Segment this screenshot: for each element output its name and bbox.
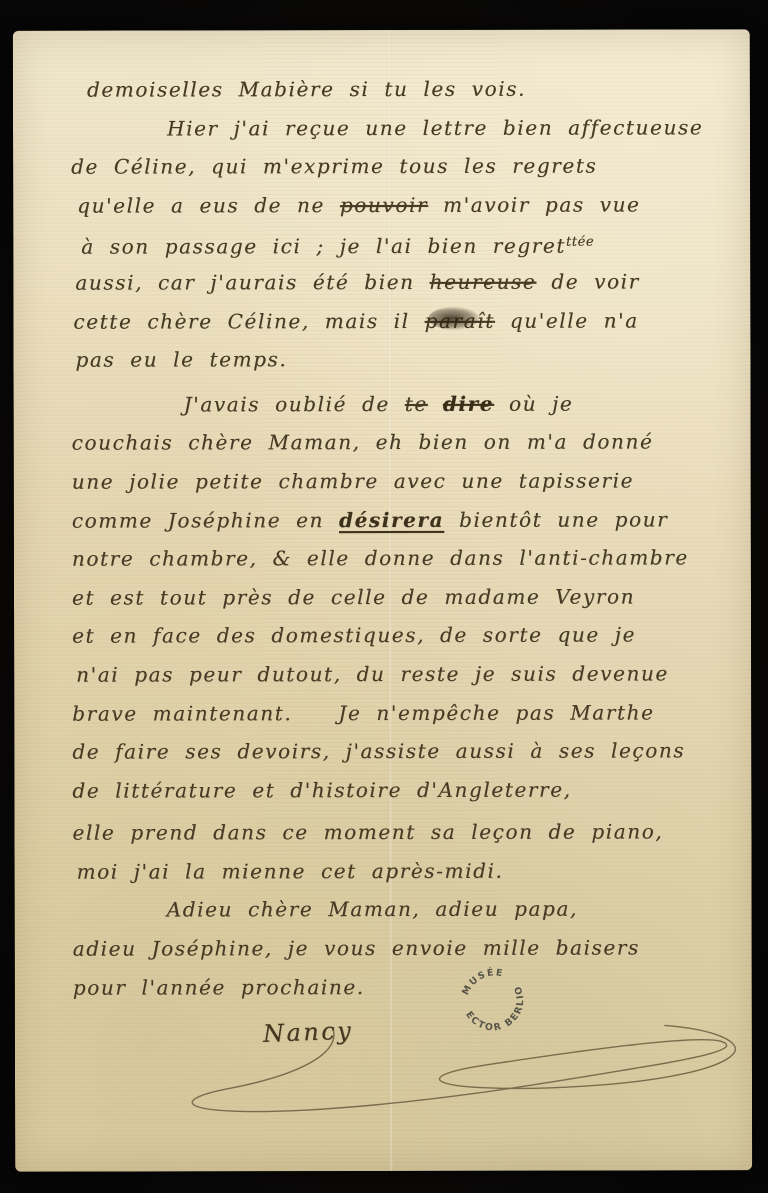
text-segment: Je n'empêche pas Marthe xyxy=(338,700,654,725)
text-segment: pour l'année prochaine. xyxy=(73,975,365,1000)
text-segment: m'avoir pas vue xyxy=(428,192,640,216)
text-segment: demoiselles Mabière si tu les vois. xyxy=(87,77,526,102)
text-segment: de Céline, qui m'exprime tous les regret… xyxy=(71,154,597,179)
handwritten-line: et est tout près de celle de madame Veyr… xyxy=(72,577,725,617)
text-segment: de faire ses devoirs, j'assiste aussi à … xyxy=(72,738,685,763)
text-segment: et en face des domestiques, de sorte que… xyxy=(72,623,636,648)
handwritten-line: de Céline, qui m'exprime tous les regret… xyxy=(71,146,724,186)
text-segment-strike: heureuse xyxy=(430,270,537,294)
text-segment-strike: te xyxy=(405,392,428,416)
handwritten-line: J'avais oublié de te dire où je xyxy=(184,384,725,424)
text-segment: notre chambre, & elle donne dans l'anti-… xyxy=(72,545,689,570)
text-segment: bientôt une pour xyxy=(444,507,668,531)
text-segment: couchais chère Maman, eh bien on m'a don… xyxy=(72,430,654,455)
handwritten-line: qu'elle a eus de ne pouvoir m'avoir pas … xyxy=(77,185,724,225)
handwritten-line: moi j'ai la mienne cet après-midi. xyxy=(77,851,726,891)
text-segment-underline: désirera xyxy=(339,507,444,531)
text-segment: à son passage ici ; je l'ai bien regret xyxy=(81,234,566,259)
text-segment: comme Joséphine en xyxy=(72,508,339,533)
text-segment: n'ai pas peur dutout, du reste je suis d… xyxy=(76,661,669,686)
text-segment: brave maintenant. xyxy=(72,701,292,725)
handwritten-line: couchais chère Maman, eh bien on m'a don… xyxy=(72,423,725,463)
text-segment: elle prend dans ce moment sa leçon de pi… xyxy=(72,820,663,845)
handwritten-line: n'ai pas peur dutout, du reste je suis d… xyxy=(76,654,725,694)
handwritten-line: pas eu le temps. xyxy=(75,339,724,379)
handwritten-line: et en face des domestiques, de sorte que… xyxy=(72,616,725,656)
handwritten-line: Adieu chère Maman, adieu papa, xyxy=(167,890,726,930)
text-segment: aussi, car j'aurais été bien xyxy=(75,270,429,295)
text-segment: une jolie petite chambre avec une tapiss… xyxy=(72,468,634,493)
text-segment: et est tout près de celle de madame Veyr… xyxy=(72,584,635,609)
text-segment: Hier j'ai reçue une lettre bien affectue… xyxy=(167,115,703,140)
handwritten-line: brave maintenant.Je n'empêche pas Marthe xyxy=(72,693,725,733)
handwritten-line: une jolie petite chambre avec une tapiss… xyxy=(72,461,725,501)
text-segment: où je xyxy=(494,391,573,415)
text-segment xyxy=(428,392,443,416)
text-segment: qu'elle a eus de ne xyxy=(77,193,340,218)
text-segment: adieu Joséphine, je vous envoie mille ba… xyxy=(73,936,640,961)
signature: Nancy xyxy=(262,1016,353,1047)
photograph-background: demoiselles Mabière si tu les vois.Hier … xyxy=(0,0,768,1193)
handwritten-line: de littérature et d'histoire d'Angleterr… xyxy=(72,770,725,810)
handwritten-line: Hier j'ai reçue une lettre bien affectue… xyxy=(167,108,724,148)
letter-lines: demoiselles Mabière si tu les vois.Hier … xyxy=(71,69,726,1007)
text-segment-sup: ttée xyxy=(566,235,594,250)
handwritten-line: notre chambre, & elle donne dans l'anti-… xyxy=(72,538,725,578)
text-segment: moi j'ai la mienne cet après-midi. xyxy=(77,859,504,884)
text-segment-strike: pouvoir xyxy=(340,193,428,217)
letter-page: demoiselles Mabière si tu les vois.Hier … xyxy=(13,29,752,1172)
text-segment: de littérature et d'histoire d'Angleterr… xyxy=(72,777,571,802)
text-segment: de voir xyxy=(536,269,640,293)
text-segment-strikebold: dire xyxy=(443,392,494,416)
handwritten-line: adieu Joséphine, je vous envoie mille ba… xyxy=(73,928,726,968)
handwritten-line: cette chère Céline, mais il paraît qu'el… xyxy=(73,301,724,341)
text-segment: Adieu chère Maman, adieu papa, xyxy=(167,897,578,922)
text-segment-blot: paraît xyxy=(425,308,495,332)
handwritten-line: à son passage ici ; je l'ai bien regrett… xyxy=(81,224,724,264)
handwritten-line: demoiselles Mabière si tu les vois. xyxy=(87,69,724,109)
handwritten-line: comme Joséphine en désirera bientôt une … xyxy=(72,500,725,540)
text-segment: cette chère Céline, mais il xyxy=(73,308,424,333)
text-segment: pas eu le temps. xyxy=(75,347,287,371)
text-segment: J'avais oublié de xyxy=(184,392,405,416)
handwritten-line: de faire ses devoirs, j'assiste aussi à … xyxy=(72,731,725,771)
handwritten-line: aussi, car j'aurais été bien heureuse de… xyxy=(75,262,724,302)
handwritten-line: elle prend dans ce moment sa leçon de pi… xyxy=(72,813,725,853)
handwritten-line: pour l'année prochaine. xyxy=(73,967,726,1007)
text-segment: qu'elle n'a xyxy=(495,308,639,332)
